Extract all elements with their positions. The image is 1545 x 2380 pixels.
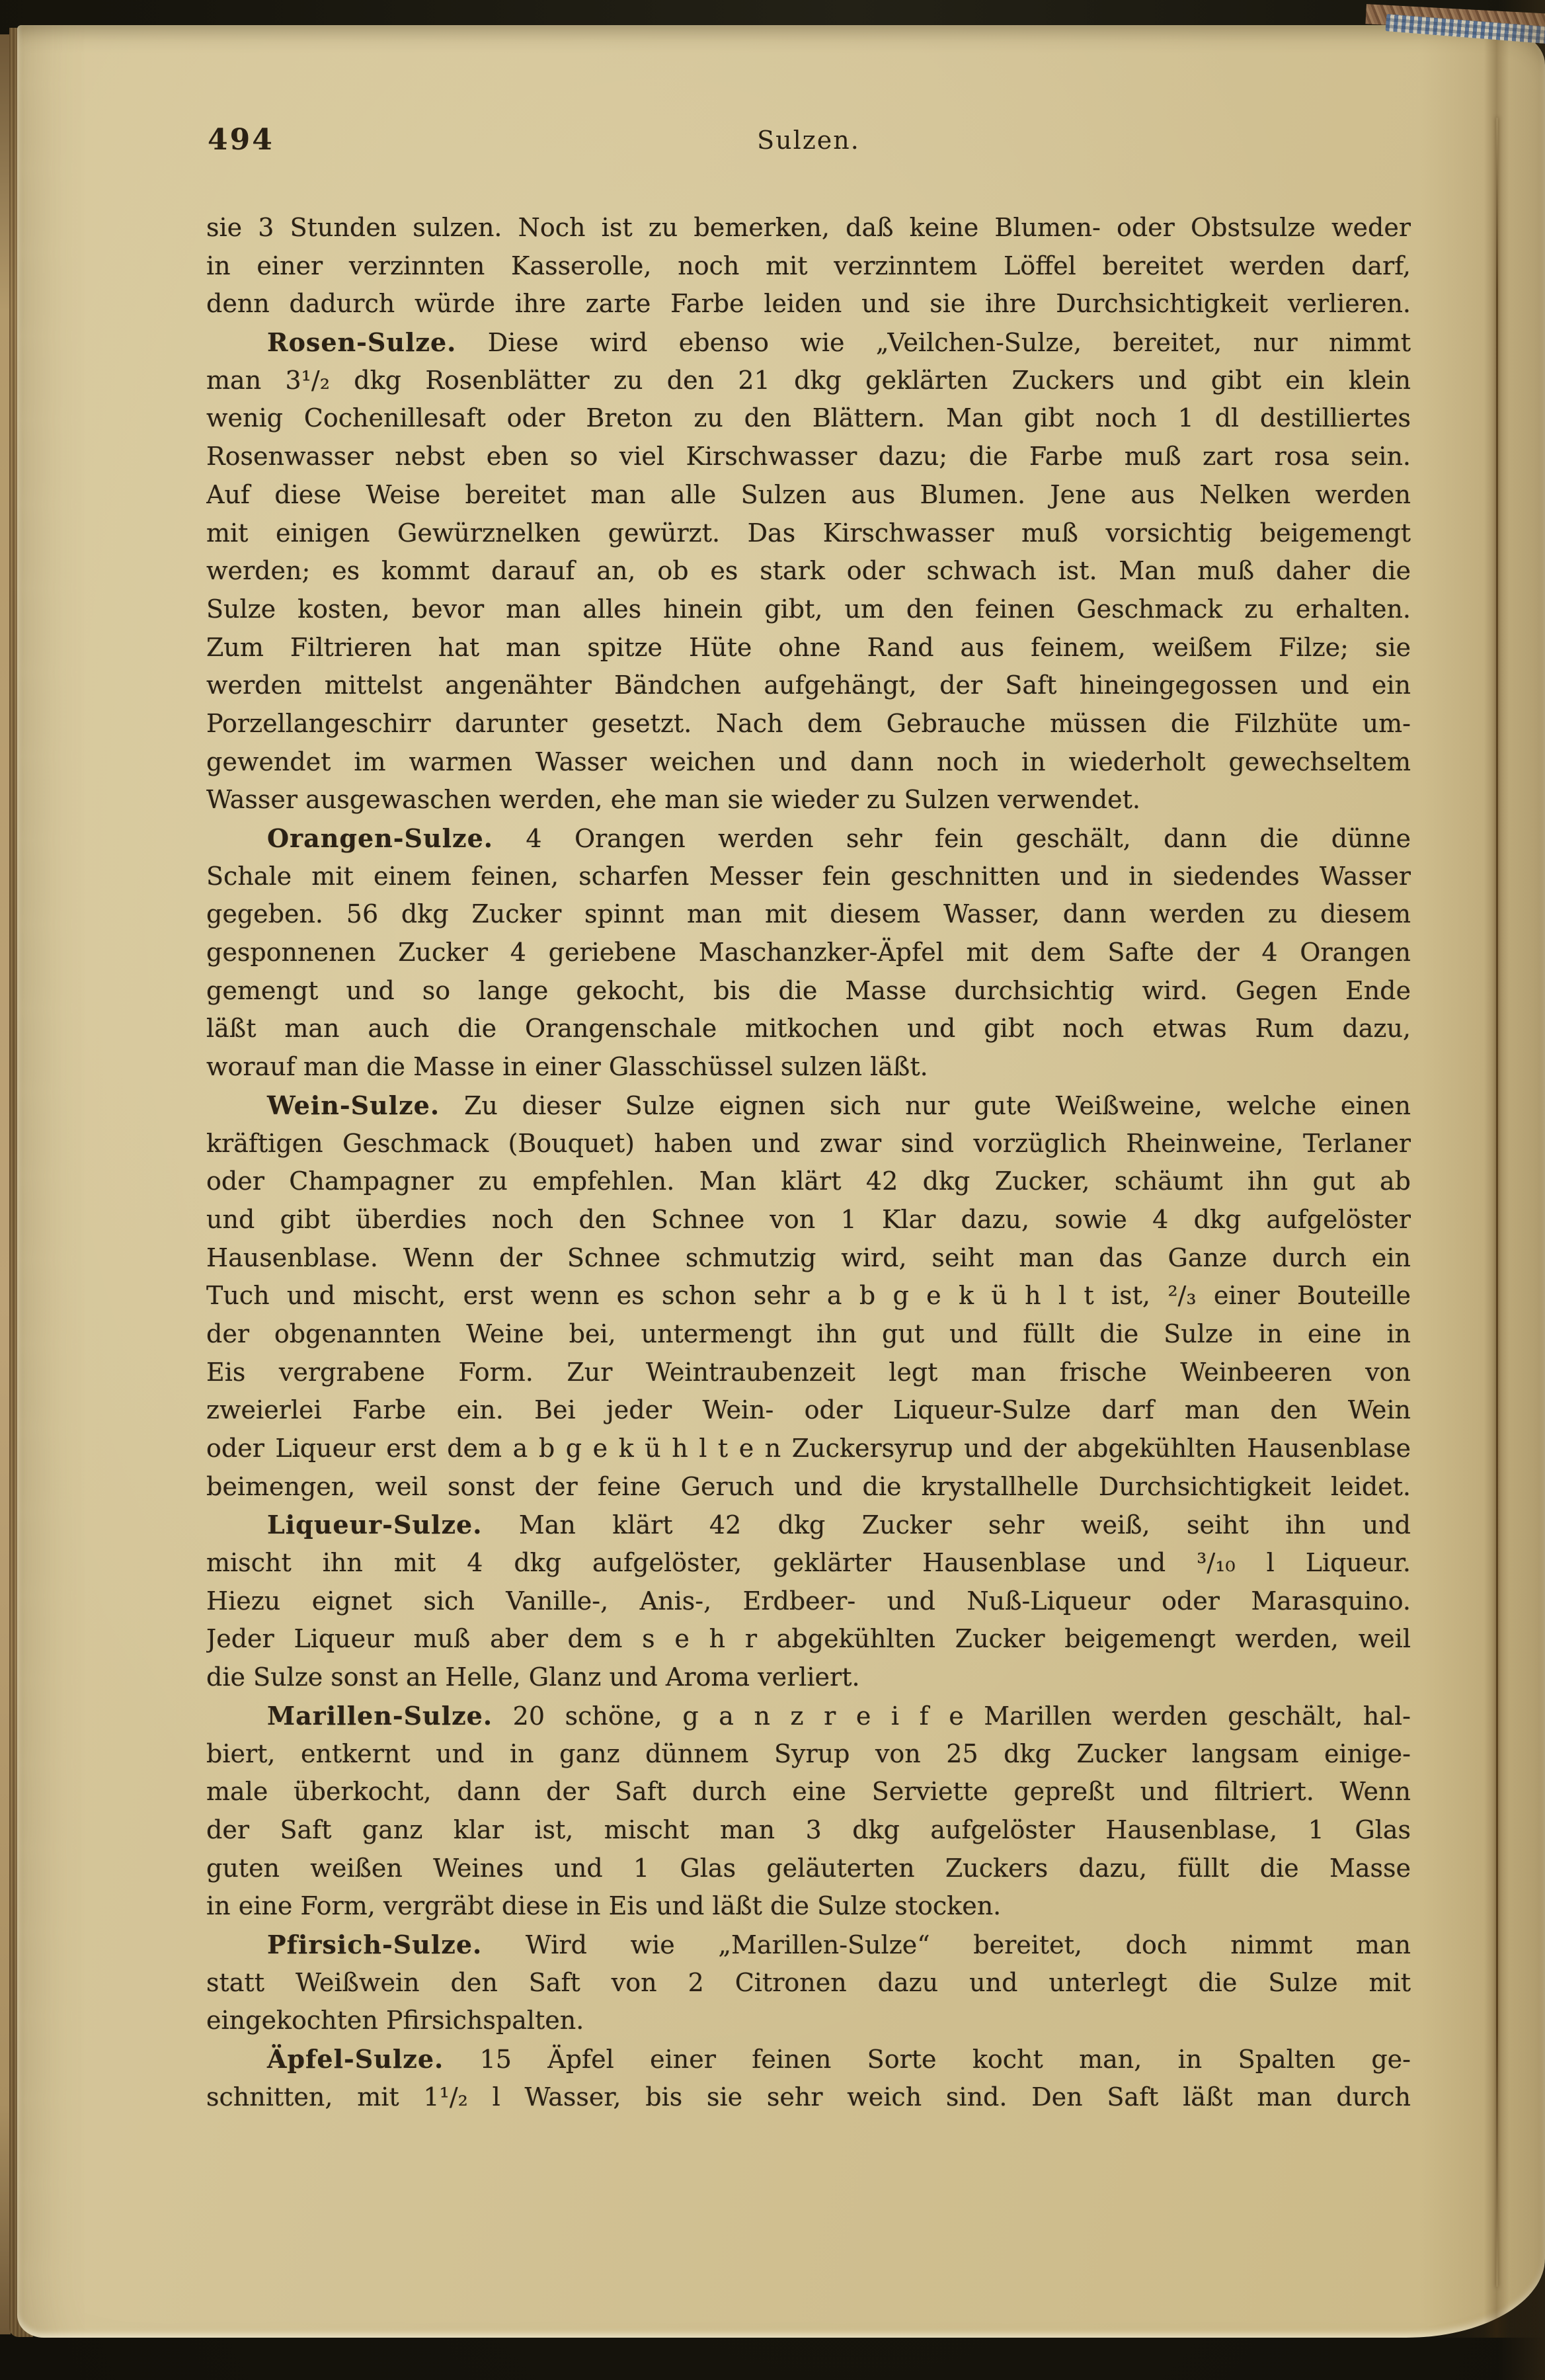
text-line: denn dadurch würde ihre zarte Farbe leid…: [206, 285, 1411, 323]
text-line: der obgenannten Weine bei, untermengt ih…: [206, 1315, 1411, 1354]
text-line: Wasser ausgewaschen werden, ehe man sie …: [206, 781, 1411, 819]
running-header: Sulzen.: [206, 126, 1411, 155]
text-line: mischt ihn mit 4 dkg aufgelöster, geklär…: [206, 1544, 1411, 1582]
text-line: sie 3 Stunden sulzen. Noch ist zu bemerk…: [206, 209, 1411, 247]
text-line: Rosen-Sulze. Diese wird ebenso wie „Veil…: [206, 323, 1411, 362]
text-line: der Saft ganz klar ist, mischt man 3 dkg…: [206, 1811, 1411, 1850]
text-line: beimengen, weil sonst der feine Geruch u…: [206, 1468, 1411, 1506]
text-line: gemengt und so lange gekocht, bis die Ma…: [206, 972, 1411, 1010]
text-line: kräftigen Geschmack (Bouquet) haben und …: [206, 1125, 1411, 1163]
recipe-name: Orangen-Sulze.: [267, 823, 493, 853]
binding-right-shadow: [1499, 0, 1545, 2380]
text-line: gewendet im warmen Wasser weichen und da…: [206, 743, 1411, 782]
text-line: biert, entkernt und in ganz dünnem Syrup…: [206, 1735, 1411, 1774]
text-line: man 3¹/₂ dkg Rosenblätter zu den 21 dkg …: [206, 362, 1411, 400]
text-line: Äpfel-Sulze. 15 Äpfel einer feinen Sorte…: [206, 2040, 1411, 2078]
text-line: und gibt überdies noch den Schnee von 1 …: [206, 1201, 1411, 1239]
text-line: in eine Form, vergräbt diese in Eis und …: [206, 1887, 1411, 1926]
text-line: statt Weißwein den Saft von 2 Citronen d…: [206, 1964, 1411, 2002]
text-line: Zum Filtrieren hat man spitze Hüte ohne …: [206, 629, 1411, 667]
gutter-crease: [1496, 118, 1498, 2287]
text-line: Marillen-Sulze. 20 schöne, g a n z r e i…: [206, 1697, 1411, 1735]
text-line: Liqueur-Sulze. Man klärt 42 dkg Zucker s…: [206, 1506, 1411, 1544]
text-line: schnitten, mit 1¹/₂ l Wasser, bis sie se…: [206, 2078, 1411, 2117]
recipe-name: Marillen-Sulze.: [267, 1701, 493, 1731]
recipe-name: Rosen-Sulze.: [267, 327, 456, 357]
text-line: eingekochten Pfirsichspalten.: [206, 2002, 1411, 2040]
recipe-name: Äpfel-Sulze.: [267, 2044, 444, 2074]
text-line: Tuch und mischt, erst wenn es schon sehr…: [206, 1277, 1411, 1315]
text-line: in einer verzinnten Kasserolle, noch mit…: [206, 247, 1411, 286]
text-line: Pfirsich-Sulze. Wird wie „Marillen-Sulze…: [206, 1926, 1411, 1964]
text-line: Eis vergrabene Form. Zur Weintraubenzeit…: [206, 1354, 1411, 1392]
text-line: Jeder Liqueur muß aber dem s e h r abgek…: [206, 1620, 1411, 1659]
text-line: Schale mit einem feinen, scharfen Messer…: [206, 858, 1411, 896]
recipe-name: Pfirsich-Sulze.: [267, 1930, 482, 1959]
text-line: wenig Cochenillesaft oder Breton zu den …: [206, 399, 1411, 438]
scanned-book-page: 494 Sulzen. sie 3 Stunden sulzen. Noch i…: [0, 0, 1545, 2380]
text-line: läßt man auch die Orangenschale mitkoche…: [206, 1010, 1411, 1048]
text-line: worauf man die Masse in einer Glasschüss…: [206, 1048, 1411, 1087]
text-line: Rosenwasser nebst eben so viel Kirschwas…: [206, 438, 1411, 476]
text-line: oder Champagner zu empfehlen. Man klärt …: [206, 1163, 1411, 1201]
text-line: mit einigen Gewürznelken gewürzt. Das Ki…: [206, 514, 1411, 553]
text-line: die Sulze sonst an Helle, Glanz und Arom…: [206, 1659, 1411, 1697]
text-line: Sulze kosten, bevor man alles hinein gib…: [206, 591, 1411, 629]
text-line: werden; es kommt darauf an, ob es stark …: [206, 552, 1411, 591]
text-line: Orangen-Sulze. 4 Orangen werden sehr fei…: [206, 819, 1411, 858]
recipe-name: Liqueur-Sulze.: [267, 1510, 482, 1539]
text-line: werden mittelst angenähter Bändchen aufg…: [206, 667, 1411, 705]
text-line: guten weißen Weines und 1 Glas geläutert…: [206, 1850, 1411, 1888]
text-line: oder Liqueur erst dem a b g e k ü h l t …: [206, 1430, 1411, 1468]
text-line: Porzellangeschirr darunter gesetzt. Nach…: [206, 705, 1411, 743]
text-line: Hiezu eignet sich Vanille-, Anis-, Erdbe…: [206, 1582, 1411, 1621]
text-line: Auf diese Weise bereitet man alle Sulzen…: [206, 476, 1411, 514]
text-line: gesponnenen Zucker 4 geriebene Maschanzk…: [206, 934, 1411, 972]
book-page: 494 Sulzen. sie 3 Stunden sulzen. Noch i…: [17, 25, 1545, 2338]
text-line: gegeben. 56 dkg Zucker spinnt man mit di…: [206, 895, 1411, 934]
text-line: male überkocht, dann der Saft durch eine…: [206, 1773, 1411, 1811]
text-line: zweierlei Farbe ein. Bei jeder Wein- ode…: [206, 1391, 1411, 1430]
text-line: Hausenblase. Wenn der Schnee schmutzig w…: [206, 1239, 1411, 1278]
text-line: Wein-Sulze. Zu dieser Sulze eignen sich …: [206, 1087, 1411, 1125]
recipe-name: Wein-Sulze.: [267, 1090, 440, 1120]
page-header: 494 Sulzen.: [206, 123, 1411, 163]
body-text: sie 3 Stunden sulzen. Noch ist zu bemerk…: [206, 209, 1411, 2116]
